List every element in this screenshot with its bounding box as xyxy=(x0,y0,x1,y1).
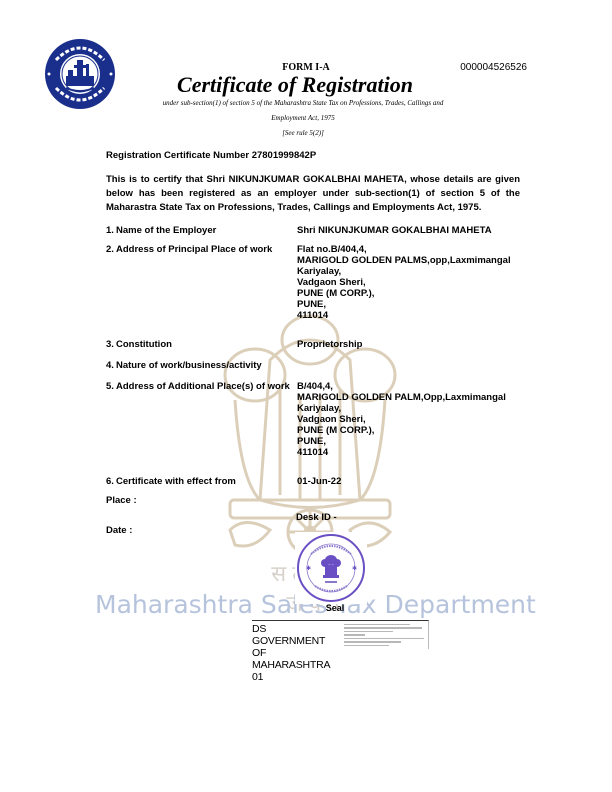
detail-value-line: B/404,4, xyxy=(297,381,520,392)
detail-row: 1.Name of the EmployerShri NIKUNJKUMAR G… xyxy=(106,225,520,236)
detail-value: 01-Jun-22 xyxy=(297,476,520,487)
detail-row: 4.Nature of work/business/activity xyxy=(106,360,520,371)
detail-label: Constitution xyxy=(116,339,297,350)
act-reference-line-2: Employment Act, 1975 xyxy=(118,111,488,126)
detail-value-line: 411014 xyxy=(297,447,520,458)
detail-number: 4. xyxy=(106,360,116,371)
detail-value-line: Proprietorship xyxy=(297,339,520,350)
registration-number: Registration Certificate Number 27801999… xyxy=(106,150,520,161)
seal-label: Seal xyxy=(300,603,370,613)
detail-value-line: PUNE, xyxy=(297,436,520,447)
detail-number: 1. xyxy=(106,225,116,236)
detail-value-line: MARIGOLD GOLDEN PALMS,opp,Laxmimangal xyxy=(297,255,520,266)
detail-label: Certificate with effect from xyxy=(116,476,297,487)
signer-name-line-1: DS GOVERNMENT OF xyxy=(252,623,340,659)
detail-value: Flat no.B/404,4,MARIGOLD GOLDEN PALMS,op… xyxy=(297,244,520,321)
svg-text:✱: ✱ xyxy=(352,565,357,572)
detail-value-line: MARIGOLD GOLDEN PALM,Opp,Laxmimangal xyxy=(297,392,520,403)
government-seal: ✱ ✱ xyxy=(295,532,367,604)
detail-row: 6.Certificate with effect from01-Jun-22 xyxy=(106,476,520,487)
svg-text:✱: ✱ xyxy=(306,565,311,572)
detail-row: 3.ConstitutionProprietorship xyxy=(106,339,520,350)
digital-signature-block: DS GOVERNMENT OF MAHARASHTRA 01 xyxy=(252,620,429,649)
detail-value xyxy=(297,360,520,371)
detail-value-line: Vadgaon Sheri, xyxy=(297,414,520,425)
detail-value-line: Vadgaon Sheri, xyxy=(297,277,520,288)
signature-details-illegible xyxy=(340,621,428,649)
detail-row: 5.Address of Additional Place(s) of work… xyxy=(106,381,520,458)
certificate-body: Registration Certificate Number 27801999… xyxy=(106,150,520,536)
desk-id-label: Desk ID - xyxy=(296,512,520,523)
signer-name-line-2: MAHARASHTRA 01 xyxy=(252,659,340,683)
detail-value: Shri NIKUNJKUMAR GOKALBHAI MAHETA xyxy=(297,225,520,236)
detail-label: Nature of work/business/activity xyxy=(116,360,297,371)
detail-value-line: 01-Jun-22 xyxy=(297,476,520,487)
detail-label: Address of Additional Place(s) of work xyxy=(116,381,292,458)
detail-label: Name of the Employer xyxy=(116,225,297,236)
detail-number: 2. xyxy=(106,244,116,321)
detail-value-line: PUNE, xyxy=(297,299,520,310)
detail-value: B/404,4,MARIGOLD GOLDEN PALM,Opp,Laxmima… xyxy=(297,381,520,458)
detail-row: 2.Address of Principal Place of workFlat… xyxy=(106,244,520,321)
detail-label: Address of Principal Place of work xyxy=(116,244,297,321)
detail-value-line: Kariyalay, xyxy=(297,403,520,414)
certification-statement: This is to certify that Shri NIKUNJKUMAR… xyxy=(106,173,520,215)
details-list: 1.Name of the EmployerShri NIKUNJKUMAR G… xyxy=(106,225,520,487)
signer-name: DS GOVERNMENT OF MAHARASHTRA 01 xyxy=(252,621,340,649)
detail-value-line: PUNE (M CORP.), xyxy=(297,425,520,436)
detail-value-line: PUNE (M CORP.), xyxy=(297,288,520,299)
detail-value: Proprietorship xyxy=(297,339,520,350)
detail-number: 6. xyxy=(106,476,116,487)
detail-value-line: Flat no.B/404,4, xyxy=(297,244,520,255)
detail-number: 5. xyxy=(106,381,116,458)
detail-value-line: 411014 xyxy=(297,310,520,321)
detail-number: 3. xyxy=(106,339,116,350)
rule-reference: [See rule 5(2)] xyxy=(118,126,488,141)
act-reference: under sub-section(1) of section 5 of the… xyxy=(118,96,488,141)
place-label: Place : xyxy=(106,495,520,506)
detail-value-line: Kariyalay, xyxy=(297,266,520,277)
detail-value-line: Shri NIKUNJKUMAR GOKALBHAI MAHETA xyxy=(297,225,520,236)
certificate-title: Certificate of Registration xyxy=(0,72,590,98)
act-reference-line-1: under sub-section(1) of section 5 of the… xyxy=(118,96,488,111)
